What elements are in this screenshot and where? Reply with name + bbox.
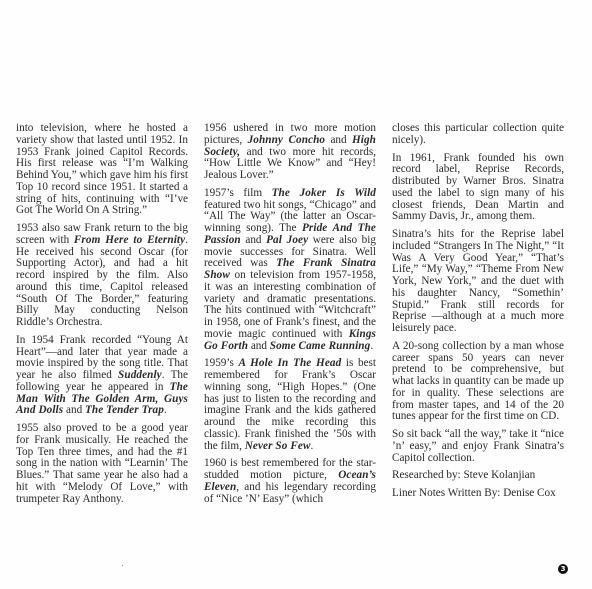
text-run: . [370, 340, 373, 352]
title-emphasis: Pal Joey [266, 234, 308, 246]
paragraph: 1960 is best remembered for the star-stu… [204, 458, 376, 505]
text-column-1: into television, where he hosted a varie… [16, 123, 188, 511]
paragraph: A 20-song collection by a man whose care… [392, 341, 564, 423]
text-run: and [63, 404, 85, 416]
text-run: Liner Notes Written By: Denise Cox [392, 487, 556, 499]
paragraph: into television, where he hosted a varie… [16, 123, 188, 217]
title-emphasis: The Tender Trap [85, 404, 164, 416]
text-run: . [311, 440, 314, 452]
paragraph: In 1954 Frank recorded “Young At Heart”—… [16, 335, 188, 417]
paragraph: 1956 ushered in two more motion pictures… [204, 123, 376, 182]
title-emphasis: A Hole In The Head [238, 357, 341, 369]
text-run: closes this particular collection quite … [392, 122, 564, 146]
title-emphasis: Some Came Running [270, 340, 371, 352]
text-run: 1955 also proved to be a good year for F… [16, 422, 188, 505]
text-run: A 20-song collection by a man whose care… [392, 340, 564, 423]
print-speck [122, 565, 123, 566]
paragraph: Researched by: Steve Kolanjian [392, 470, 564, 482]
paragraph: So sit back “all the way,” take it “nice… [392, 429, 564, 464]
text-run: Researched by: Steve Kolanjian [392, 469, 535, 481]
text-run: is best remembered for Frank’s Oscar win… [204, 357, 376, 451]
text-run: . [164, 404, 167, 416]
title-emphasis: Johnny Concho [248, 134, 326, 146]
paragraph: closes this particular collection quite … [392, 123, 564, 147]
paragraph: Sinatra’s hits for the Reprise label inc… [392, 229, 564, 335]
paragraph: 1953 also saw Frank return to the big sc… [16, 223, 188, 329]
text-run: and [325, 134, 352, 146]
title-emphasis: Never So Few [245, 440, 311, 452]
text-column-2: 1956 ushered in two more motion pictures… [204, 123, 376, 511]
title-emphasis: The Joker Is Wild [272, 187, 376, 199]
text-column-3: closes this particular collection quite … [392, 123, 564, 506]
text-run: and [248, 340, 270, 352]
title-emphasis: From Here to Eternity [74, 234, 185, 246]
text-run: Sinatra’s hits for the Reprise label inc… [392, 228, 564, 334]
text-run: . He received his second Oscar (for Supp… [16, 234, 188, 328]
text-run: In 1961, Frank founded his own record la… [392, 152, 564, 223]
paragraph: Liner Notes Written By: Denise Cox [392, 488, 564, 500]
paragraph: 1955 also proved to be a good year for F… [16, 423, 188, 505]
text-run: 1959’s [204, 357, 238, 369]
text-run: into television, where he hosted a varie… [16, 122, 188, 216]
title-emphasis: Suddenly [118, 369, 162, 381]
text-run: 1957’s film [204, 187, 272, 199]
paragraph: 1957’s film The Joker Is Wild featured t… [204, 188, 376, 353]
paragraph: In 1961, Frank founded his own record la… [392, 153, 564, 224]
paragraph: 1959’s A Hole In The Head is best rememb… [204, 358, 376, 452]
text-run: and [241, 234, 266, 246]
liner-notes-page: into television, where he hosted a varie… [0, 0, 592, 589]
page-number-badge: 3 [558, 564, 568, 574]
text-run: So sit back “all the way,” take it “nice… [392, 428, 564, 464]
